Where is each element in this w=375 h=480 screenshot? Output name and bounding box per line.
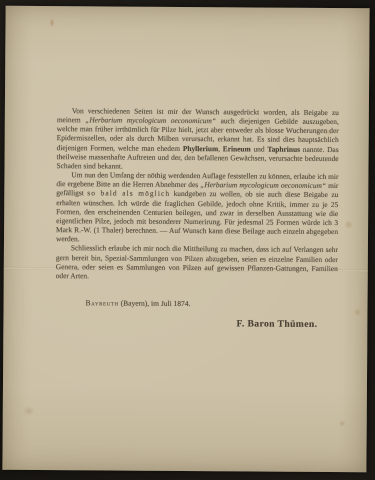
paragraph: Von verschiedenen Seiten ist mir der Wun…: [56, 106, 338, 172]
text-segment-bold: Erineum: [223, 144, 251, 153]
text-segment-normal: Schliesslich erlaube ich mir noch die Mi…: [56, 244, 338, 281]
dateline-rest: (Bayern), im Juli 1874.: [119, 299, 191, 309]
text-segment-bold: Phyllerium: [183, 144, 218, 153]
paragraph-container: Von verschiedenen Seiten ist mir der Wun…: [56, 106, 339, 282]
paper-stain: [339, 420, 346, 427]
text-segment-spaced: so bald als möglich: [87, 189, 170, 199]
scan-background: Von verschiedenen Seiten ist mir der Wun…: [0, 0, 375, 480]
letter-body: Von verschiedenen Seiten ist mir der Wun…: [55, 106, 339, 329]
dateline: Bayreuth (Bayern), im Juli 1874.: [86, 298, 338, 309]
text-segment-normal: und: [251, 144, 268, 153]
paragraph: Schliesslich erlaube ich mir noch die Mi…: [56, 243, 338, 282]
text-segment-normal: kundgeben zu wollen, ob sie auch diese B…: [56, 189, 338, 243]
paper-stain: [23, 406, 35, 416]
paper-stain: [344, 220, 353, 229]
text-segment-bold: Taphrinus: [267, 144, 300, 153]
paragraph: Um nun den Umfang der nöthig werdenden A…: [56, 170, 339, 245]
dateline-place: Bayreuth: [86, 298, 119, 307]
signature: F. Baron Thümen.: [55, 318, 317, 329]
paper-stain: [49, 18, 54, 27]
document-page: Von verschiedenen Seiten ist mir der Wun…: [2, 6, 369, 473]
paper-stain: [353, 308, 361, 316]
